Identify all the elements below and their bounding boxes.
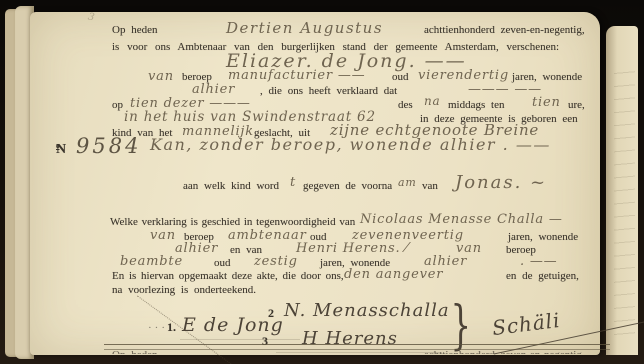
entry-residence: alhier [192,82,235,97]
entry-witness1-name: Nicolaas Menasse Challa — [360,212,563,227]
entry-witness2-name: Henri Herens. ⁄ [296,241,408,256]
printed-year: achttienhonderd zeven-en-negentig, [424,24,585,36]
entry-van: van [148,69,174,84]
entry-witness2-age: zestig [254,254,298,269]
birth-record-scan: 3 Op heden Dertien Augustus achttienhond… [0,0,644,364]
entry-van-2: van [150,228,176,243]
printed-van: van [422,180,438,192]
printed-des: des [398,99,413,111]
entry-dash-2: . —— [520,254,557,269]
entry-witness1-occupation: ambtenaar [228,228,307,243]
entry-age: vierendertig [418,68,509,83]
next-act-clipped-line: Op heden achttienhonderd zeven-en-negent… [0,349,644,354]
pencil-dots: ··· [148,322,168,334]
entry-hour: tien [532,95,561,110]
next-act-year: achttienhonderd zeven-en-negentig, [424,349,585,354]
printed-jaren-wonende-2: jaren, wonende [508,231,578,243]
printed-middags-ten: middags ten [448,99,504,111]
printed-verklaard: , die ons heeft verklaard dat [260,85,397,97]
signature-registrar: Schäli [491,308,562,340]
entry-am: am [398,176,417,189]
entry-date: Dertien Augustus [226,19,383,37]
printed-op-heden: Op heden [112,24,157,36]
printed-gegeven-voorna: gegeven de voorna [303,180,392,192]
printed-op: op [112,99,123,111]
signature-witness-1: N. Menasschalla [284,300,450,321]
printed-ure: ure, [568,99,585,111]
entry-mother-name-2: Kan, zonder beroep, wonende alhier . —— [150,135,551,154]
entry-na: na [424,94,440,108]
pencil-mark: 3 [87,11,96,23]
entry-dashes: ——— —— [468,82,542,97]
printed-getuigen: en de getuigen, [506,270,579,282]
printed-oud-3: oud [214,257,231,269]
entry-den-aangever: den aangever [344,267,443,282]
act-content: 3 Op heden Dertien Augustus achttienhond… [0,0,644,364]
entry-witness2-occupation: beambte [120,254,183,269]
entry-t: t [290,175,296,190]
entry-child-name: Jonas. ~ [455,172,547,193]
printed-aan-welk-kind: aan welk kind word [183,180,279,192]
record-number-sup: o [56,142,60,150]
signature-baseline-1 [180,339,300,340]
entry-occupation: manufacturier —— [228,68,365,83]
signature-2-number: 2 [268,306,274,321]
printed-voorlezing: na voorlezing is onderteekend. [112,284,256,296]
record-number-value: 9584 [76,134,141,158]
printed-opgemaakt: En is hiervan opgemaakt deze akte, die d… [112,270,344,282]
printed-welke-verklaring: Welke verklaring is geschied in tegenwoo… [110,216,355,228]
printed-oud: oud [392,71,409,83]
next-act-op-heden: Op heden [112,349,157,354]
